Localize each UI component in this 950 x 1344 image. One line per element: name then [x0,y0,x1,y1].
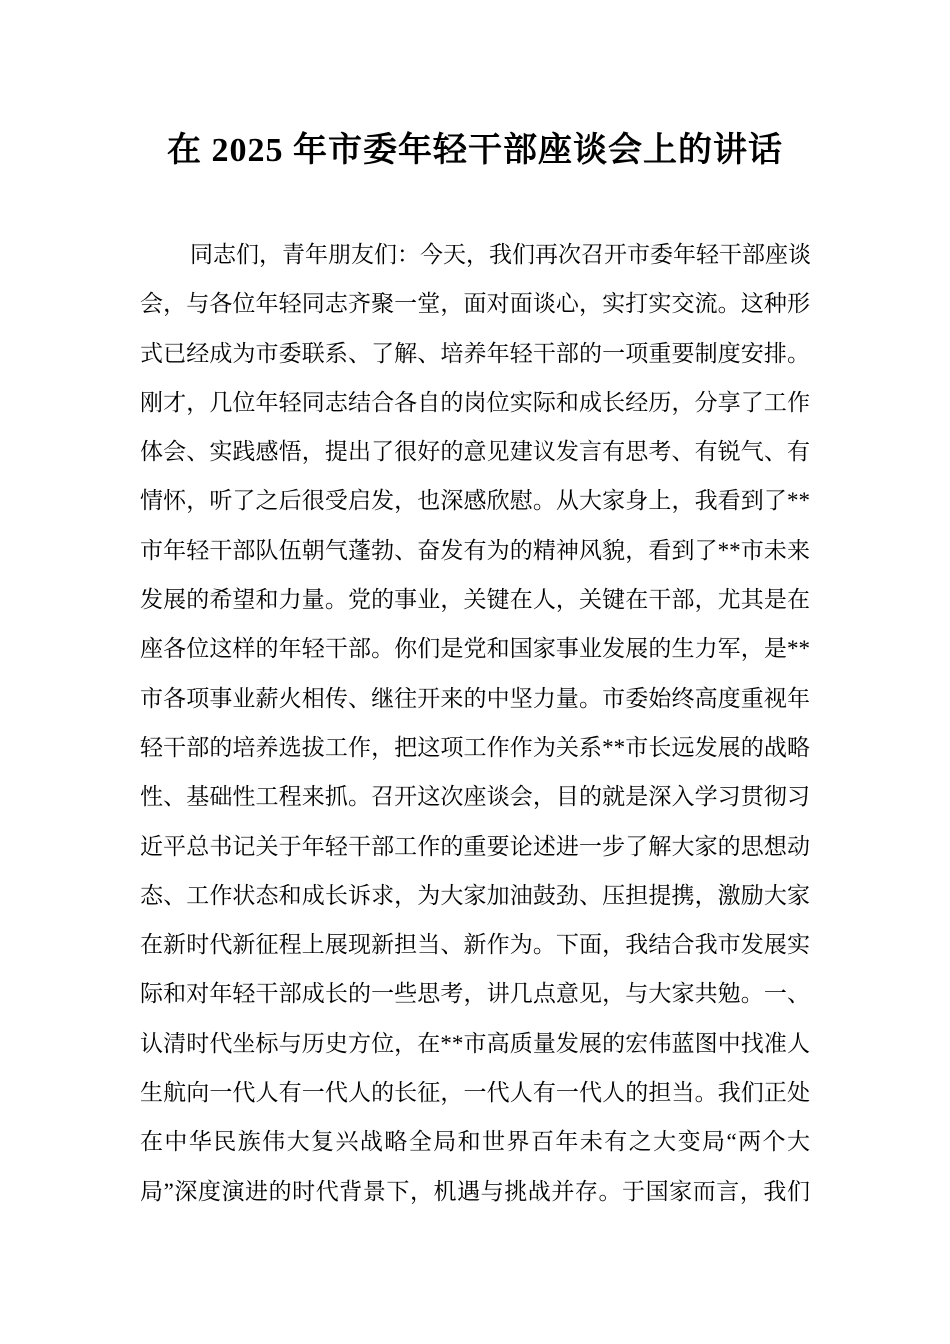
paragraph-line: 座各位这样的年轻干部。你们是党和国家事业发展的生力军，是** [140,624,810,673]
paragraph-line: 情怀，听了之后很受启发，也深感欣慰。从大家身上，我看到了** [140,476,810,525]
paragraph-line: 发展的希望和力量。党的事业，关键在人，关键在干部，尤其是在 [140,575,810,624]
document-title: 在 2025 年市委年轻干部座谈会上的讲话 [0,126,950,176]
paragraph-line: 市年轻干部队伍朝气蓬勃、奋发有为的精神风貌，看到了**市未来 [140,526,810,575]
document-page: 在 2025 年市委年轻干部座谈会上的讲话 同志们，青年朋友们：今天，我们再次召… [0,0,950,1344]
paragraph-line: 同志们，青年朋友们：今天，我们再次召开市委年轻干部座谈 [140,230,810,279]
paragraph-line: 性、基础性工程来抓。召开这次座谈会，目的就是深入学习贯彻习 [140,772,810,821]
document-body: 同志们，青年朋友们：今天，我们再次召开市委年轻干部座谈 会，与各位年轻同志齐聚一… [140,230,810,1216]
paragraph-line: 体会、实践感悟，提出了很好的意见建议发言有思考、有锐气、有 [140,427,810,476]
paragraph-line: 生航向一代人有一代人的长征，一代人有一代人的担当。我们正处 [140,1068,810,1117]
paragraph-line: 局”深度演进的时代背景下，机遇与挑战并存。于国家而言，我们 [140,1167,810,1216]
paragraph-line: 认清时代坐标与历史方位，在**市高质量发展的宏伟蓝图中找准人 [140,1019,810,1068]
paragraph-line: 会，与各位年轻同志齐聚一堂，面对面谈心，实打实交流。这种形 [140,279,810,328]
paragraph-line: 态、工作状态和成长诉求，为大家加油鼓劲、压担提携，激励大家 [140,871,810,920]
paragraph-line: 式已经成为市委联系、了解、培养年轻干部的一项重要制度安排。 [140,329,810,378]
paragraph-line: 刚才，几位年轻同志结合各自的岗位实际和成长经历，分享了工作 [140,378,810,427]
paragraph-line: 轻干部的培养选拔工作，把这项工作作为关系**市长远发展的战略 [140,723,810,772]
paragraph-line: 市各项事业薪火相传、继往开来的中坚力量。市委始终高度重视年 [140,674,810,723]
paragraph-line: 在中华民族伟大复兴战略全局和世界百年未有之大变局“两个大 [140,1117,810,1166]
paragraph-line: 近平总书记关于年轻干部工作的重要论述进一步了解大家的思想动 [140,822,810,871]
paragraph-line: 在新时代新征程上展现新担当、新作为。下面，我结合我市发展实 [140,920,810,969]
paragraph-line: 际和对年轻干部成长的一些思考，讲几点意见，与大家共勉。一、 [140,969,810,1018]
